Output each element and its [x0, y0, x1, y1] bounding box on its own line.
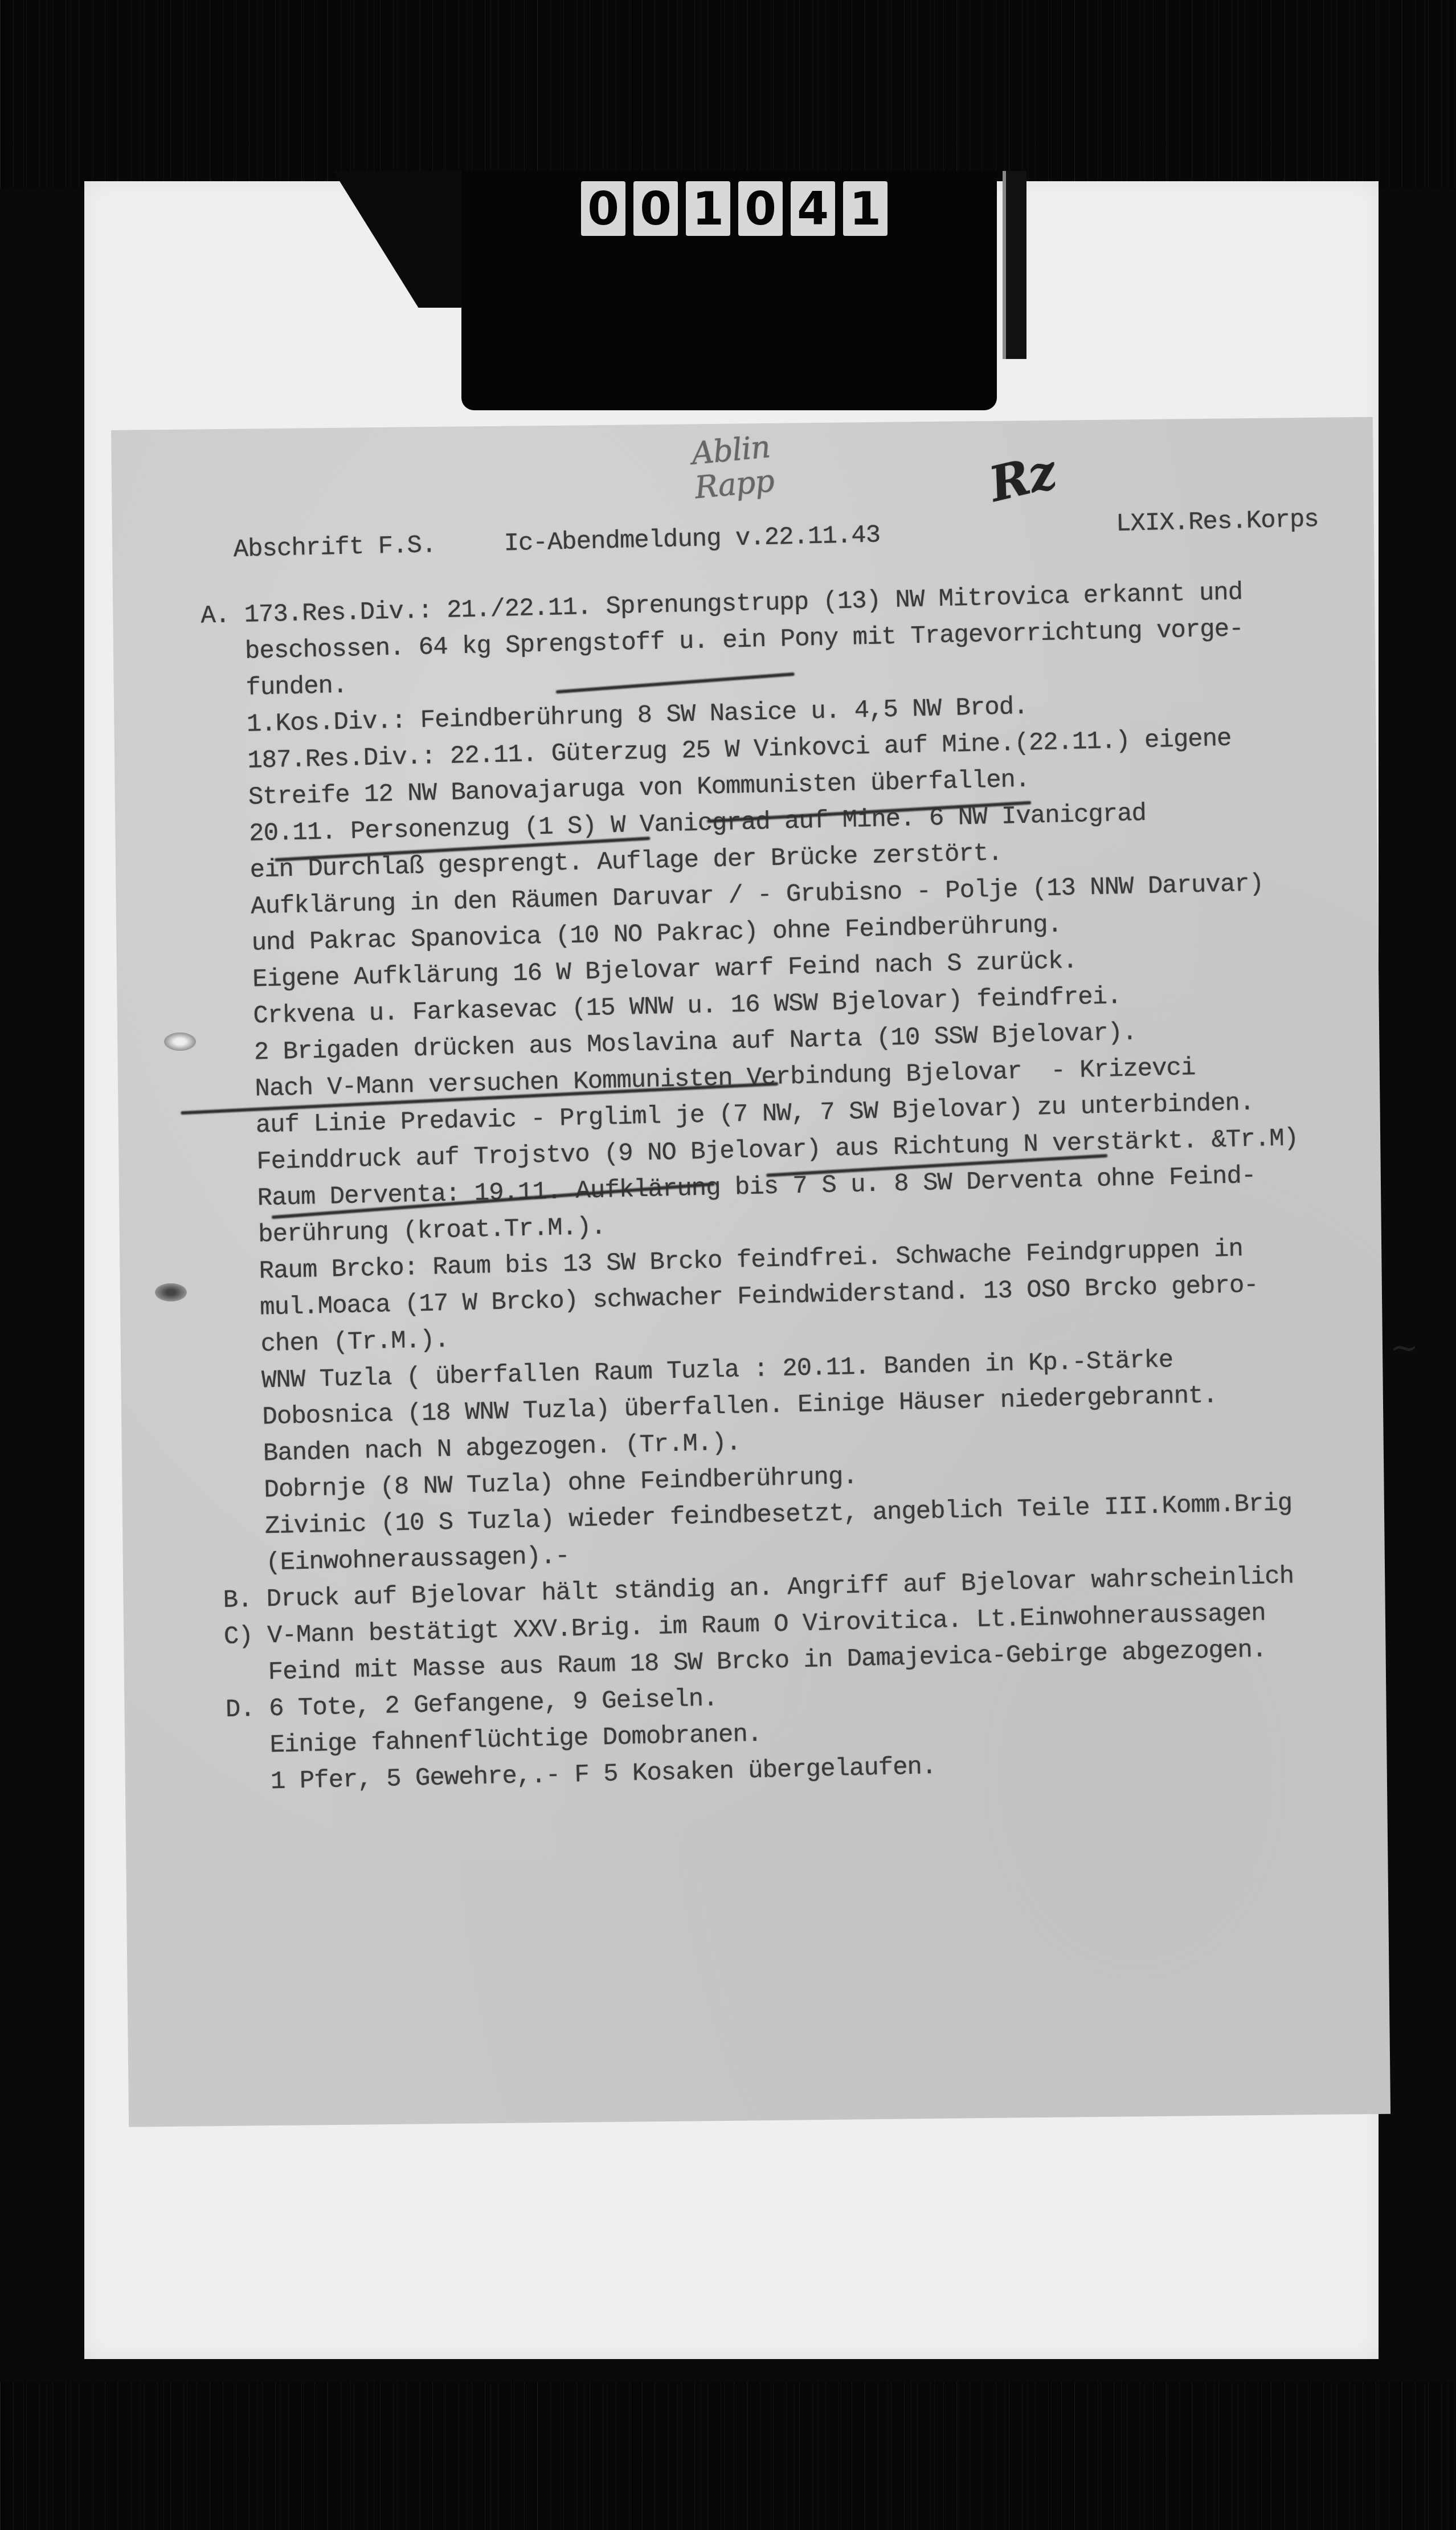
- counter-digit: 1: [843, 181, 887, 236]
- film-border-bottom: [0, 2382, 1456, 2530]
- handwritten-initial: Rz: [987, 454, 1058, 502]
- film-border-top: [0, 0, 1456, 188]
- header-title: Ic-Abendmeldung v.22.11.43: [504, 518, 881, 561]
- header-unit: LXIX.Res.Korps: [1116, 503, 1319, 541]
- margin-mark: ~: [1390, 1328, 1418, 1368]
- header-left: Abschrift F.S.: [233, 528, 436, 567]
- report-line: funden.: [202, 669, 347, 707]
- report-line: (Einwohneraussagen).-: [222, 1539, 570, 1581]
- counter-clip: [1003, 171, 1026, 359]
- counter-digit: 4: [791, 181, 835, 236]
- counter-digit: 0: [581, 181, 625, 236]
- pencil-underline: [556, 672, 795, 693]
- report-line: chen (Tr.M.).: [217, 1323, 449, 1362]
- punch-hole: [155, 1283, 187, 1301]
- counter-digit: 0: [633, 181, 678, 236]
- punch-hole: [164, 1033, 196, 1051]
- frame-counter: 001041: [581, 181, 887, 236]
- counter-digit: 0: [738, 181, 783, 236]
- document-sheet: Ablin Rapp Rz Abschrift F.S. Ic-Abendmel…: [111, 417, 1390, 2127]
- handwritten-note: Ablin Rapp: [690, 430, 776, 505]
- counter-digit: 1: [686, 181, 730, 236]
